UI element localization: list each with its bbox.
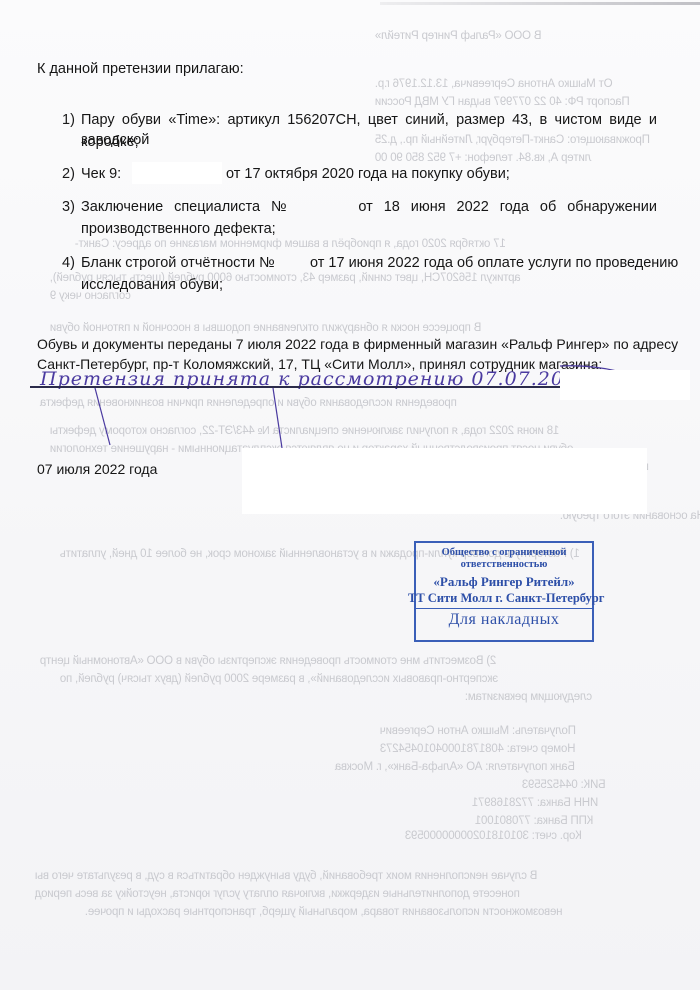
stamp-line: Общество с ограниченной [416, 547, 592, 559]
word: 18 [384, 197, 400, 217]
bleed-text: 2) Возместить мне стоимость проведения э… [40, 655, 496, 667]
stamp-purpose: Для накладных [416, 609, 592, 631]
list-number: 1) [62, 110, 75, 130]
word: об [540, 197, 556, 217]
bleed-text: В ООО «Ральф Рингер Ритейл» [375, 30, 541, 42]
word: от [358, 197, 372, 217]
bleed-text: литер А, кв.84. телефон: +7 952 850 90 0… [375, 152, 591, 164]
word: 2022 [457, 197, 489, 217]
list-number: 4) [62, 253, 75, 273]
attachment-item-4-tail: от 17 июня 2022 года об оплате услуги по… [310, 253, 678, 273]
receipt-detail: от 17 октября 2020 года на покупку обуви… [226, 164, 510, 184]
bleed-text: От Мышко Антона Сергеевича, 13.12.1976 г… [375, 78, 613, 90]
company-stamp: Общество с ограниченной ответственностью… [414, 541, 594, 642]
word: года [500, 197, 529, 217]
intro-heading: К данной претензии прилагаю: [37, 59, 244, 79]
redaction-box [132, 162, 222, 184]
attachment-item-3-cont: производственного дефекта; [81, 219, 276, 239]
receipt-prefix: Чек 9: [81, 164, 121, 184]
redaction-box [560, 370, 690, 400]
scanned-page: В ООО «Ральф Рингер Ритейл» От Мышко Ант… [0, 0, 700, 990]
bleed-text: Получатель: Мышко Антон Сергеевич [380, 725, 576, 737]
stamp-store: ТТ Сити Молл г. Санкт-Петербург [408, 590, 592, 606]
bleed-text: 17 октября 2020 года, я приобрёл в вашем… [75, 238, 506, 250]
word: Заключение [81, 197, 163, 217]
bleed-text: следующим реквизитам: [465, 691, 592, 703]
bleed-text: понесете дополнительные издержки, включа… [35, 888, 520, 900]
word: № [271, 197, 287, 217]
stamp-line: ответственностью [416, 559, 592, 571]
attachment-item-4: Бланк строгой отчётности № [81, 253, 275, 273]
attachment-item-3: Заключение специалиста № от 18 июня 2022… [81, 197, 657, 217]
bleed-text: Банк получателя: АО «Альфа-Банк», г. Мос… [335, 761, 575, 773]
bleed-text: ИНН Банка: 7728168971 [472, 797, 598, 809]
stamp-company-name: «Ральф Рингер Ритейл» [416, 573, 592, 590]
document-date: 07 июля 2022 года [37, 459, 157, 479]
bleed-text: В случае неисполнения моих требований, б… [35, 870, 537, 882]
handover-text: Обувь и документы переданы 7 июля 2022 г… [37, 334, 678, 354]
attachment-item-1-cont: коробке; [81, 132, 139, 152]
word: обнаружении [567, 197, 657, 217]
bleed-text: В процессе носки я обнаружил отклеивание… [50, 322, 481, 334]
word: июня [411, 197, 446, 217]
bleed-text: невозможности использования товара, мора… [85, 906, 563, 918]
list-number: 2) [62, 164, 75, 184]
attachment-item-4-cont: исследования обуви; [81, 275, 223, 295]
word: специалиста [174, 197, 260, 217]
list-number: 3) [62, 197, 75, 217]
redaction-box [242, 448, 647, 514]
redacted-number [297, 197, 347, 217]
bleed-text: КПП Банка: 770801001 [475, 815, 593, 827]
bleed-text: экспертно-правовых исследований», в разм… [60, 673, 498, 685]
page-edge-shadow [380, 2, 700, 5]
attachment-item-1: Пару обуви «Time»: артикул 156207СН, цве… [81, 110, 657, 150]
bleed-text: БИК: 044525593 [522, 779, 606, 791]
bleed-text: Паспорт РФ: 40 22 077997 выдан ГУ МВД Ро… [375, 96, 630, 108]
bleed-text: Кор. счет: 30101810200000000593 [405, 830, 582, 842]
bleed-text: Номер счета: 40817810004010454273 [380, 743, 575, 755]
